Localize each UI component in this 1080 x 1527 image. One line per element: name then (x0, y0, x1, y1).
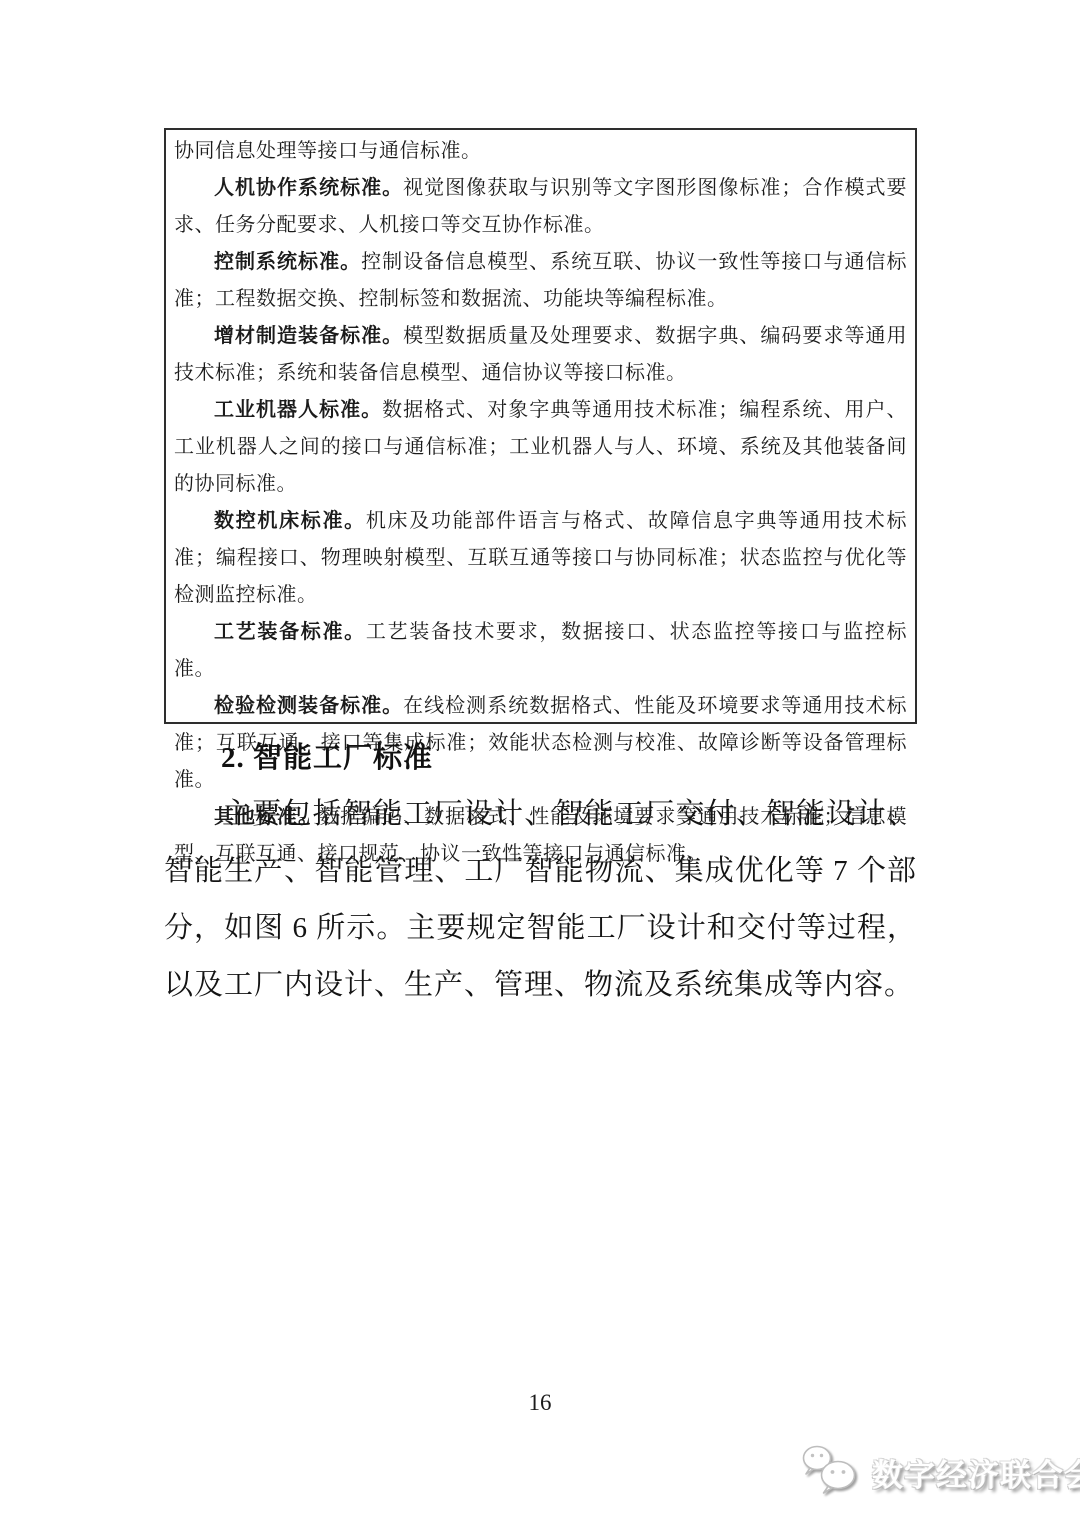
paragraph-lead: 控制系统标准。 (214, 251, 361, 273)
standards-paragraph: 数控机床标准。机床及功能部件语言与格式、故障信息字典等通用技术标准；编程接口、物… (174, 503, 907, 614)
standards-paragraph: 增材制造装备标准。模型数据质量及处理要求、数据字典、编码要求等通用技术标准；系统… (174, 318, 907, 392)
standards-paragraph: 工业机器人标准。数据格式、对象字典等通用技术标准；编程系统、用户、工业机器人之间… (174, 392, 907, 503)
paragraph-lead: 增材制造装备标准。 (214, 325, 403, 347)
standards-text-box: 协同信息处理等接口与通信标准。 人机协作系统标准。视觉图像获取与识别等文字图形图… (164, 128, 917, 724)
section-paragraph: 主要包括智能工厂设计、智能工厂交付、智能设计、智能生产、智能管理、工厂智能物流、… (164, 786, 917, 1014)
page-number: 16 (0, 1390, 1080, 1416)
document-page: 协同信息处理等接口与通信标准。 人机协作系统标准。视觉图像获取与识别等文字图形图… (0, 0, 1080, 1527)
paragraph-text: 协同信息处理等接口与通信标准。 (174, 140, 482, 162)
paragraph-lead: 数控机床标准。 (214, 510, 366, 532)
footer-watermark: 数字经济联合会 (800, 1446, 1080, 1498)
standards-paragraph: 控制系统标准。控制设备信息模型、系统互联、协议一致性等接口与通信标准；工程数据交… (174, 244, 907, 318)
paragraph-lead: 工艺装备标准。 (214, 621, 366, 643)
paragraph-lead: 检验检测装备标准。 (214, 695, 403, 717)
section-heading: 2. 智能工厂标准 (221, 735, 433, 776)
paragraph-lead: 人机协作系统标准。 (214, 177, 403, 199)
paragraph-lead: 工业机器人标准。 (214, 399, 382, 421)
footer-logo-text: 数字经济联合会 (872, 1450, 1080, 1495)
standards-paragraph: 人机协作系统标准。视觉图像获取与识别等文字图形图像标准；合作模式要求、任务分配要… (174, 170, 907, 244)
wechat-icon (800, 1444, 862, 1501)
standards-paragraph: 协同信息处理等接口与通信标准。 (174, 133, 907, 170)
standards-paragraph: 工艺装备标准。工艺装备技术要求，数据接口、状态监控等接口与监控标准。 (174, 614, 907, 688)
